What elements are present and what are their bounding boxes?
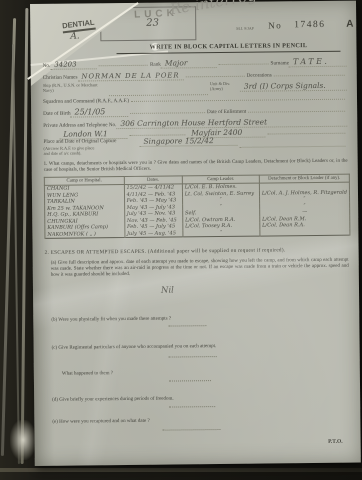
scanned-document-photo: LUCK 23 DENTIAL A. Re-interrogate M.I. 9… [0,0,362,480]
squadron-label: Squadron and Command (R.A.F., A.A.F.) [43,98,129,105]
instruction-title: WRITE IN BLOCK CAPITAL LETTERS IN PENCIL [116,42,340,54]
answer-line [169,377,211,381]
answer-line [162,426,220,431]
rank-label: Rank [150,62,161,68]
row-dob-enlistment: Date of Birth 25/1/05 Date of Enlistment [43,105,347,118]
pencil-annotation: Re-interrogate [169,0,282,18]
question-2a-text: (a) Give full description and approx. da… [51,258,349,279]
surname-label: Surname [271,60,290,66]
capture-note-line2: and date of a/c crash). [44,151,82,156]
cell-camp: NAKOMNYOK ( „ ) [45,231,125,239]
cell-leader: ″ [183,229,260,237]
no-label: No. [43,63,51,69]
date-of-birth-label: Date of Birth [43,111,70,117]
camps-table: Camp or Hospital. Dates. Camp Leader. De… [44,174,351,239]
christian-names-value: NORMAN DE LA POER [77,71,183,81]
form-sheet: LUCK 23 DENTIAL A. Re-interrogate M.I. 9… [30,1,361,466]
date-of-birth-value: 25/1/05 [70,107,128,118]
answer-line [169,353,217,358]
ship-label: Ship (R.N., U.S.N. or Merchant Navy) [43,83,107,93]
question-2a-answer: Nil [161,286,174,296]
unit-div-value: 3rd (I) Corps Signals. [240,81,347,92]
christian-names-label: Christian Names [43,75,78,81]
surname-value: TATE. [289,57,347,68]
decorations-label: Decorations [247,72,272,78]
date-of-enlistment-label: Date of Enlistment [207,109,246,115]
rank-value: Major [161,58,217,69]
form-number: 17486 [294,20,325,30]
row-christian-decorations: Christian Names NORMAN DE LA POER Decora… [43,70,347,82]
page-stack-highlight [10,420,36,460]
address-label: Private Address and Telephone No. [43,122,116,129]
table-surface-highlight [0,468,362,472]
stamp-number-handwritten: 23 [146,18,159,29]
question-1-text: 1. What camps, detachments or hospitals … [44,159,348,174]
answer-line [169,403,215,407]
question-2c-text: (c) Give Regimental particulars of anyon… [52,343,350,352]
capture-value: Singapore 15/2/42 [139,136,237,147]
cell-detachment [260,228,350,236]
answer-line [168,322,206,326]
capture-label: Place and Date of Original Capture [43,138,139,145]
cell-dates: July '45 — Aug. '45 [124,230,182,238]
form-reference: M.I. 9/JAP [236,26,254,31]
question-2-heading: 2. ESCAPES OR ATTEMPTED ESCAPES. (Additi… [45,248,349,257]
row-number-rank-surname: No. 34203 Rank Major Surname TATE. [43,57,347,70]
form-number-label: No [268,20,282,30]
pto-note: P.T.O. [328,439,343,445]
series-letter: A [346,19,355,30]
stamp-letter-handwritten: A. [70,31,79,41]
no-value: 34203 [50,60,96,69]
question-2e-text: (e) How were you recaptured and on what … [52,417,350,426]
unit-div-label: Unit & Div. (Army) [210,82,240,92]
